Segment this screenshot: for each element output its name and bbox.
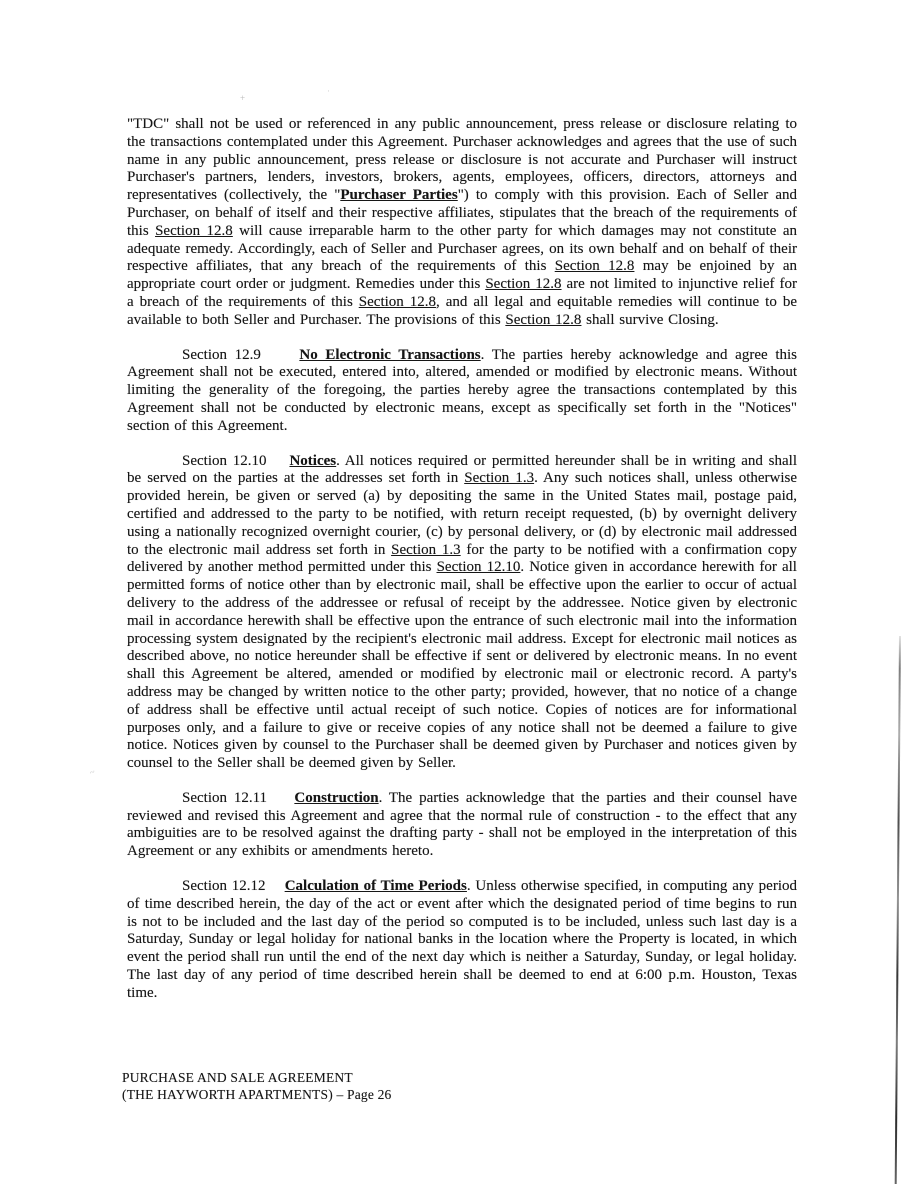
- footer-property-page-number: (THE HAYWORTH APARTMENTS) – Page 26: [122, 1087, 392, 1104]
- footer-agreement-title: PURCHASE AND SALE AGREEMENT: [122, 1070, 392, 1087]
- para-section-12-10: Section 12.10 Notices. All notices requi…: [127, 453, 797, 773]
- scan-artifact-speck: ·: [327, 87, 330, 96]
- scan-artifact-speck: +: [240, 94, 245, 103]
- scanned-document-page: "TDC" shall not be used or referenced in…: [0, 0, 918, 1188]
- document-body: "TDC" shall not be used or referenced in…: [127, 116, 797, 1020]
- page-footer: PURCHASE AND SALE AGREEMENT (THE HAYWORT…: [122, 1070, 392, 1103]
- scan-artifact-speck: ~: [89, 767, 97, 777]
- para-section-12-9: Section 12.9 No Electronic Transactions.…: [127, 347, 797, 436]
- para-section-12-11: Section 12.11 Construction. The parties …: [127, 790, 797, 861]
- scan-artifact-line: [895, 636, 901, 1184]
- para-section-12-8-continuation: "TDC" shall not be used or referenced in…: [127, 116, 797, 330]
- para-section-12-12: Section 12.12 Calculation of Time Period…: [127, 878, 797, 1003]
